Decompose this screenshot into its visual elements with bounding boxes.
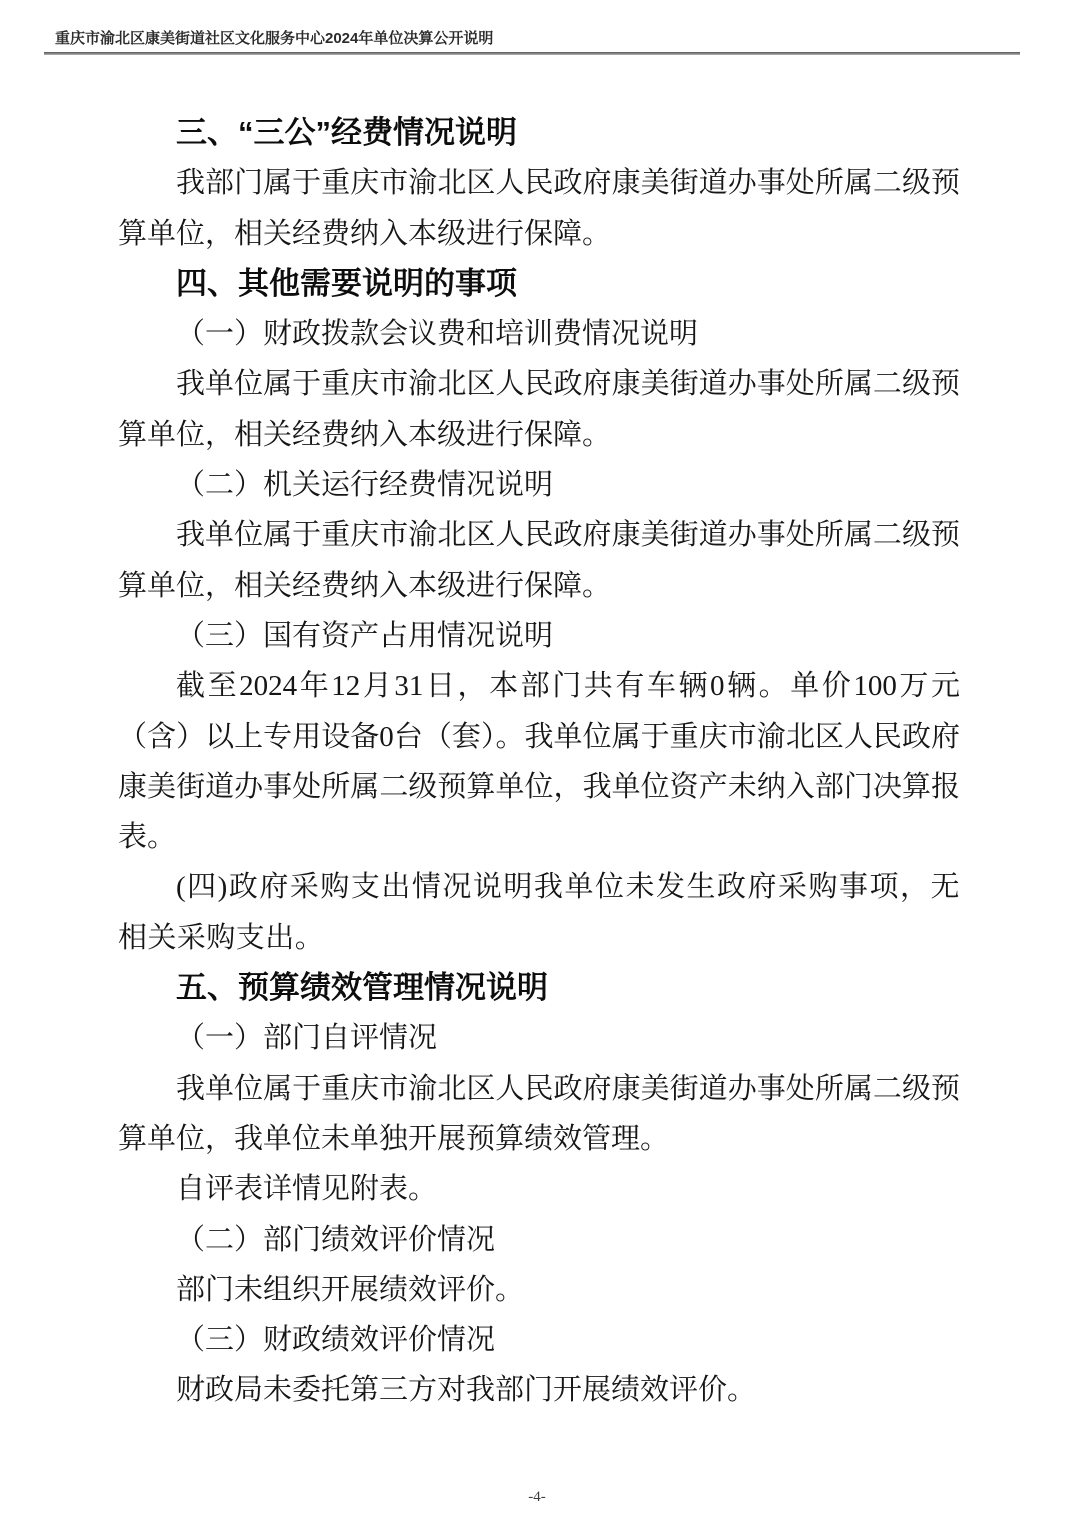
body-paragraph: 我部门属于重庆市渝北区人民政府康美街道办事处所属二级预算单位，相关经费纳入本级进… — [118, 158, 960, 259]
body-paragraph: 部门未组织开展绩效评价。 — [118, 1265, 960, 1315]
body-paragraph: 截至2024年12月31日，本部门共有车辆0辆。单价100万元（含）以上专用设备… — [118, 661, 960, 862]
page-footer: -4- — [0, 1480, 1074, 1520]
subsection-heading: （二）部门绩效评价情况 — [118, 1215, 960, 1265]
subsection-heading: （三）国有资产占用情况说明 — [118, 611, 960, 661]
header-title: 重庆市渝北区康美街道社区文化服务中心2024年单位决算公开说明 — [55, 30, 493, 47]
subsection-heading: （一）财政拨款会议费和培训费情况说明 — [118, 309, 960, 359]
subsection-heading: （三）财政绩效评价情况 — [118, 1315, 960, 1365]
body-paragraph: 我单位属于重庆市渝北区人民政府康美街道办事处所属二级预算单位，相关经费纳入本级进… — [118, 510, 960, 611]
document-page: 重庆市渝北区康美街道社区文化服务中心2024年单位决算公开说明 三、“三公”经费… — [0, 0, 1074, 1520]
body-paragraph: 自评表详情见附表。 — [118, 1164, 960, 1214]
header-rule — [44, 52, 1020, 55]
subsection-heading: （一）部门自评情况 — [118, 1013, 960, 1063]
body-paragraph: (四)政府采购支出情况说明我单位未发生政府采购事项，无相关采购支出。 — [118, 862, 960, 963]
body-paragraph: 我单位属于重庆市渝北区人民政府康美街道办事处所属二级预算单位，我单位未单独开展预… — [118, 1064, 960, 1165]
section-heading: 五、预算绩效管理情况说明 — [118, 963, 960, 1013]
body-paragraph: 财政局未委托第三方对我部门开展绩效评价。 — [118, 1365, 960, 1415]
page-header: 重庆市渝北区康美街道社区文化服务中心2024年单位决算公开说明 — [0, 0, 1074, 60]
section-heading: 三、“三公”经费情况说明 — [118, 108, 960, 158]
subsection-heading: （二）机关运行经费情况说明 — [118, 460, 960, 510]
section-heading: 四、其他需要说明的事项 — [118, 259, 960, 309]
page-number: -4- — [528, 1489, 546, 1506]
document-body: 三、“三公”经费情况说明我部门属于重庆市渝北区人民政府康美街道办事处所属二级预算… — [118, 108, 960, 1416]
body-paragraph: 我单位属于重庆市渝北区人民政府康美街道办事处所属二级预算单位，相关经费纳入本级进… — [118, 359, 960, 460]
